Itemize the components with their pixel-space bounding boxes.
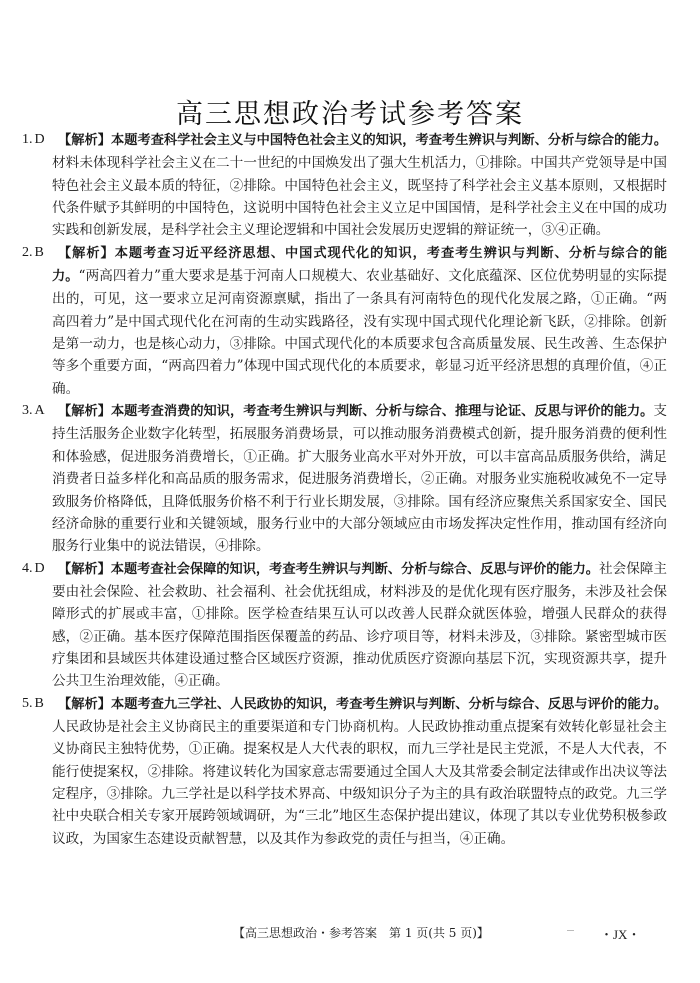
answer-choice: B <box>35 696 44 711</box>
analysis-tag: 【解析】 <box>58 562 111 577</box>
analysis-tag: 【解析】 <box>58 697 111 712</box>
analysis-body: 支持生活服务企业数字化转型，拓展服务消费场景，可以推动服务消费模式创新，提升服务… <box>52 403 667 554</box>
answer-choice: D <box>35 561 45 576</box>
answer-item-3: 3.A 【解析】本题考查消费的知识，考查考生辨识与判断、分析与综合、推理与论证、… <box>37 400 667 557</box>
footer-page-info: 【高三思想政治・参考答案 第 1 页(共 5 页)】 <box>233 924 489 941</box>
answer-item-2: 2.B 【解析】本题考查习近平经济思想、中国式现代化的知识，考查考生辨识与判断、… <box>37 242 667 400</box>
answer-item-4: 4.D 【解析】本题考查社会保障的知识，考查考生辨识与判断、分析与综合、反思与评… <box>37 558 667 693</box>
answer-number: 2.B <box>22 242 44 264</box>
answer-list: 1.D 【解析】本题考查科学社会主义与中国特色社会主义的知识，考查考生辨识与判断… <box>37 129 667 850</box>
answer-choice: D <box>35 132 45 147</box>
answer-item-5: 5.B 【解析】本题考查九三学社、人民政协的知识，考查考生辨识与判断、分析与综合… <box>37 693 667 850</box>
answer-choice: B <box>35 245 44 260</box>
analysis-body: 人民政协是社会主义协商民主的重要渠道和专门协商机构。人民政协推动重点提案有效转化… <box>52 719 667 847</box>
analysis-tag: 【解析】 <box>58 404 111 419</box>
analysis-lead: 【解析】本题考查消费的知识，考查考生辨识与判断、分析与综合、推理与论证、反思与评… <box>52 404 653 419</box>
analysis-body: “两高四着力”重大要求是基于河南人口规模大、农业基础好、文化底蕴深、区位优势明显… <box>52 268 667 397</box>
answer-choice: A <box>35 403 45 418</box>
answer-number: 1.D <box>22 129 45 151</box>
answer-number: 5.B <box>22 693 44 715</box>
footer-region-code: ・JX・ <box>600 924 640 943</box>
answer-item-1: 1.D 【解析】本题考查科学社会主义与中国特色社会主义的知识，考查考生辨识与判断… <box>37 129 667 242</box>
analysis-lead: 【解析】本题考查科学社会主义与中国特色社会主义的知识，考查考生辨识与判断、分析与… <box>52 133 667 148</box>
analysis-body: 材料未体现科学社会主义在二十一世纪的中国焕发出了强大生机活力，①排除。中国共产党… <box>52 155 667 238</box>
analysis-lead: 【解析】本题考查九三学社、人民政协的知识，考查考生辨识与判断、分析与综合、反思与… <box>52 697 667 712</box>
analysis-lead: 【解析】本题考查社会保障的知识，考查考生辨识与判断、分析与综合、反思与评价的能力… <box>52 562 599 577</box>
analysis-tag: 【解析】 <box>58 246 115 261</box>
answer-number: 4.D <box>22 558 45 580</box>
page-title: 高三思想政治考试参考答案 <box>0 92 700 131</box>
footer-mark <box>567 930 574 931</box>
answer-number: 3.A <box>22 400 45 422</box>
analysis-tag: 【解析】 <box>58 133 111 148</box>
analysis-body: 社会保障主要由社会保险、社会救助、社会福利、社会优抚组成，材料涉及的是优化现有医… <box>52 561 667 690</box>
